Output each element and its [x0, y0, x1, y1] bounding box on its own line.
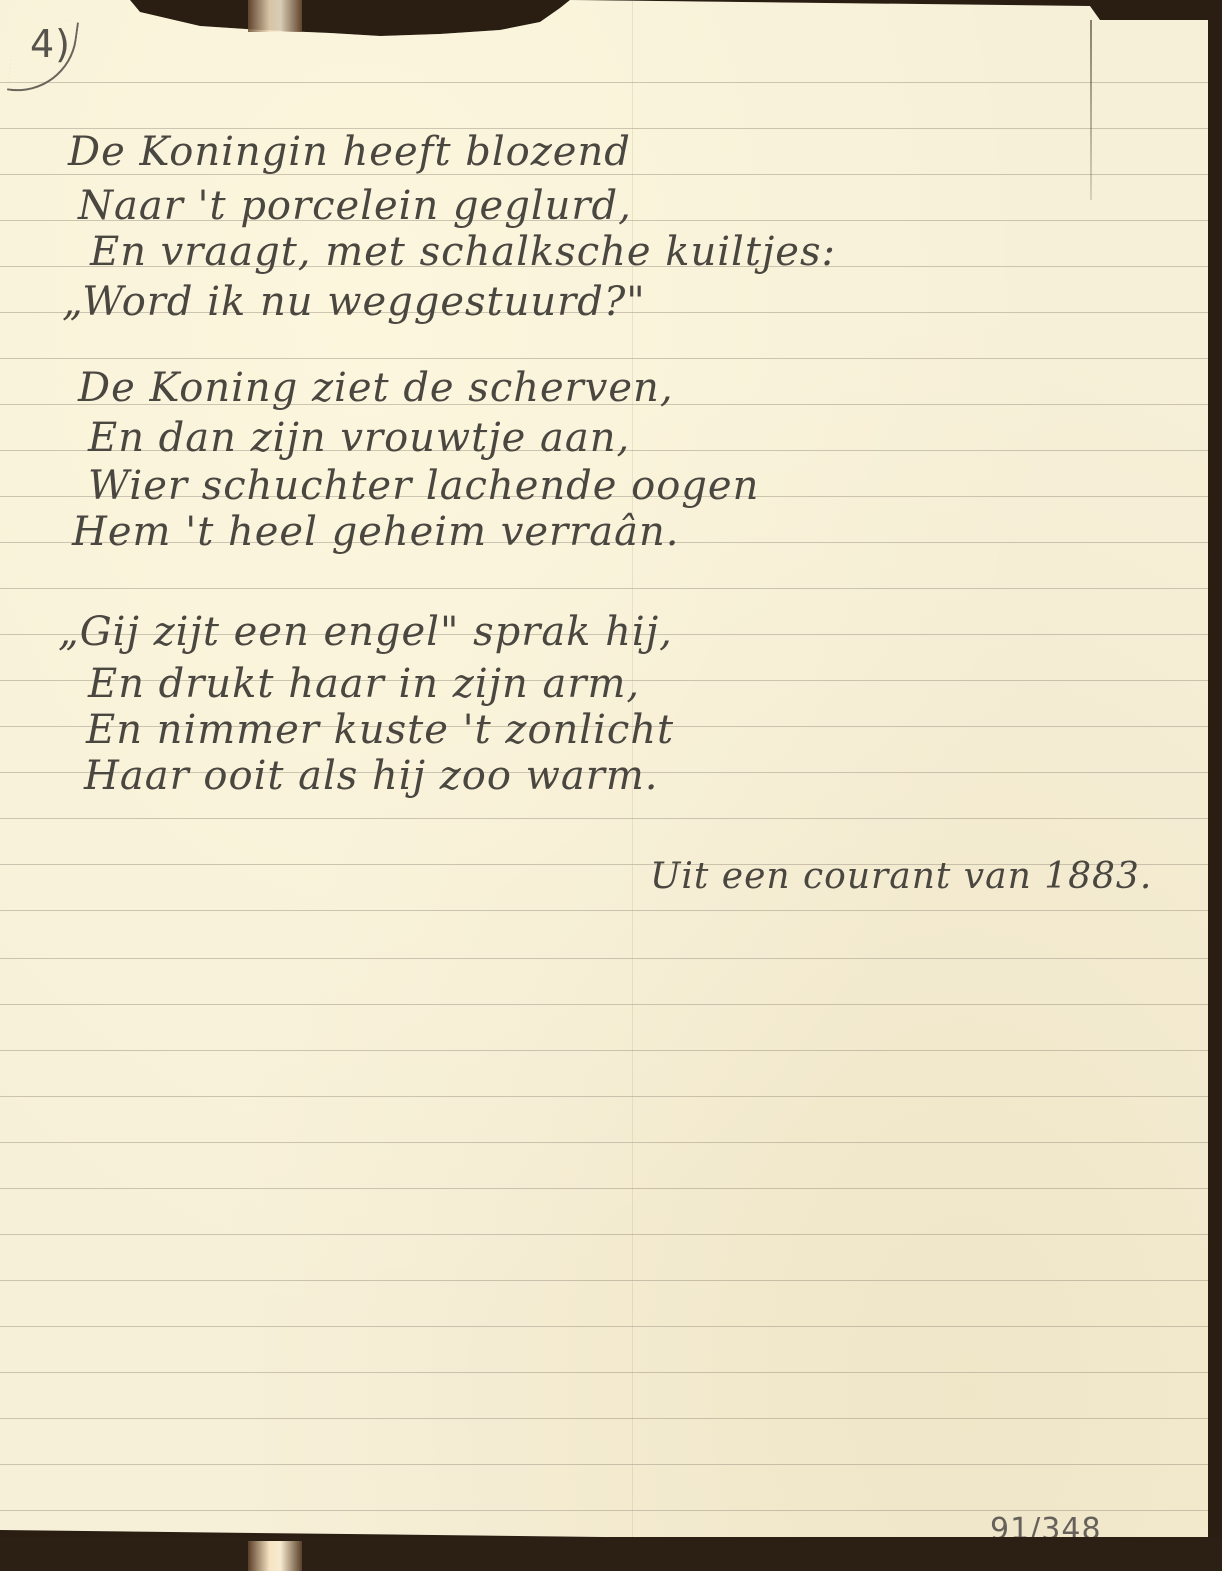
ruled-line: [0, 958, 1208, 959]
scan-light-reflection: [248, 0, 302, 32]
paper-tear: [1090, 20, 1092, 200]
poem-line: En drukt haar in zijn arm,: [88, 664, 640, 704]
ruled-line: [0, 1326, 1208, 1327]
source-note: Uit een courant van 1883.: [650, 856, 1152, 897]
poem-line: „Word ik nu weggestuurd?": [62, 282, 646, 322]
ruled-line: [0, 910, 1208, 911]
ruled-line: [0, 1418, 1208, 1419]
ruled-line: [0, 1510, 1208, 1511]
poem-line: En dan zijn vrouwtje aan,: [88, 418, 630, 458]
scan-light-reflection: [248, 1541, 302, 1571]
ruled-line: [0, 358, 1208, 359]
ruled-line: [0, 1004, 1208, 1005]
ruled-line: [0, 588, 1208, 589]
ruled-line: [0, 1234, 1208, 1235]
poem-line: En nimmer kuste 't zonlicht: [86, 710, 674, 750]
poem-line: Haar ooit als hij zoo warm.: [84, 756, 659, 796]
poem-line: Hem 't heel geheim verraân.: [72, 512, 679, 552]
ruled-line: [0, 1142, 1208, 1143]
poem-line: De Koning ziet de scherven,: [78, 368, 674, 408]
ruled-line: [0, 1188, 1208, 1189]
ruled-line: [0, 1280, 1208, 1281]
ruled-line: [0, 1464, 1208, 1465]
poem-line: Naar 't porcelein geglurd,: [78, 186, 632, 226]
scan-background-edge: [1208, 0, 1222, 1571]
poem-line: De Koningin heeft blozend: [68, 132, 631, 172]
poem-line: En vraagt, met schalksche kuiltjes:: [90, 232, 836, 272]
ruled-line: [0, 1096, 1208, 1097]
scan-background-edge: [0, 1537, 1222, 1571]
ruled-line: [0, 82, 1208, 83]
manuscript-page: 4) De Koningin heeft blozend Naar 't por…: [0, 0, 1208, 1544]
ruled-line: [0, 1050, 1208, 1051]
ruled-line: [0, 1372, 1208, 1373]
ruled-line: [0, 818, 1208, 819]
poem-line: Wier schuchter lachende oogen: [88, 466, 759, 506]
poem-line: „Gij zijt een engel" sprak hij,: [58, 612, 673, 652]
page-number: 4): [30, 22, 71, 66]
